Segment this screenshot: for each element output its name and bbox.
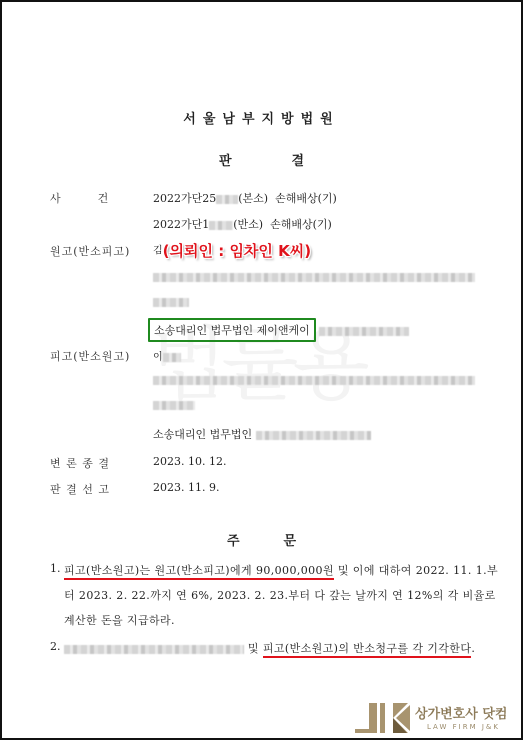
order-1-line-2: 터 2023. 2. 22.까지 연 6%, 2023. 2. 23.부터 다 … xyxy=(64,587,496,603)
redacted-counsel xyxy=(319,327,409,336)
judgment-date: 2023. 11. 9. xyxy=(153,481,219,494)
logo-j-mark-icon xyxy=(355,703,378,733)
redacted-counsel xyxy=(256,431,371,440)
redacted-address xyxy=(153,298,189,307)
defendant-address xyxy=(0,373,523,391)
plaintiff-name: 김 xyxy=(153,246,163,257)
order-2-end: . xyxy=(471,642,475,655)
client-annotation: (의뢰인 : 임차인 K씨) xyxy=(163,242,311,260)
plaintiff-label: 원고(반소피고) xyxy=(50,243,130,259)
plaintiff-counsel: 소송대리인 법무법인 제이앤케이 xyxy=(154,324,310,337)
order-number: 1. xyxy=(50,562,61,575)
order-2-highlight: 피고(반소원고)의 반소청구를 각 기각한다 xyxy=(263,642,472,658)
case-row-1: 사 건 2022가단25(본소) 손해배상(기) xyxy=(0,190,523,208)
closing-argument-row: 변 론 종 결 2023. 10. 12. xyxy=(0,455,523,473)
order-number: 2. xyxy=(50,640,61,653)
redacted-block xyxy=(216,195,238,204)
plaintiff-row: 원고(반소피고) 김(의뢰인 : 임차인 K씨) xyxy=(0,240,523,262)
closing-argument-label: 변 론 종 결 xyxy=(50,455,110,471)
law-firm-logo: 상가변호사 닷컴 LAW FIRM J&K xyxy=(355,703,515,735)
redacted-address xyxy=(153,273,475,282)
document-title: 판결 xyxy=(0,150,523,169)
redacted-address xyxy=(153,401,195,410)
defendant-address-2 xyxy=(0,398,523,416)
defendant-label: 피고(반소원고) xyxy=(50,348,130,364)
plaintiff-counsel-row: 소송대리인 법무법인 제이앤케이 xyxy=(0,318,523,342)
redacted-block xyxy=(163,353,181,362)
case-number-counter: 2022가단1 xyxy=(153,218,209,231)
order-item-1: 1. 피고(반소원고)는 원고(반소피고)에게 90,000,000원 및 이에… xyxy=(50,562,480,632)
plaintiff-address xyxy=(0,270,523,288)
main-order-title: 주문 xyxy=(0,530,523,549)
court-name: 서울남부지방법원 xyxy=(0,108,523,127)
redacted-text xyxy=(64,645,244,654)
judgment-date-row: 판 결 선 고 2023. 11. 9. xyxy=(0,481,523,499)
redacted-block xyxy=(209,221,233,230)
plaintiff-address-2 xyxy=(0,295,523,313)
order-1-highlight: 피고(반소원고)는 원고(반소피고)에게 90,000,000원 xyxy=(64,564,334,580)
defendant-counsel-row: 소송대리인 법무법인 xyxy=(0,426,523,444)
order-2-text: 및 xyxy=(244,642,263,655)
judgment-date-label: 판 결 선 고 xyxy=(50,481,110,497)
title-char: 문 xyxy=(284,530,297,549)
defendant-counsel: 소송대리인 법무법인 xyxy=(153,428,252,441)
closing-argument-date: 2023. 10. 12. xyxy=(153,455,226,468)
order-1-line-3: 계산한 돈을 지급하라. xyxy=(64,612,175,628)
title-char: 주 xyxy=(227,530,240,549)
defendant-row: 피고(반소원고) 이 xyxy=(0,348,523,366)
case-type-counter: (반소) 손해배상(기) xyxy=(233,218,332,231)
redacted-address xyxy=(153,376,475,385)
case-type-main: (본소) 손해배상(기) xyxy=(238,192,337,205)
case-label: 사 건 xyxy=(50,190,109,206)
case-number-main: 2022가단25 xyxy=(153,192,216,205)
defendant-name: 이 xyxy=(153,352,163,363)
logo-k-mark-icon xyxy=(380,703,410,733)
plaintiff-counsel-box: 소송대리인 법무법인 제이앤케이 xyxy=(148,318,316,342)
brand-name-english: LAW FIRM J&K xyxy=(427,723,500,731)
order-1-text: 및 이에 대하여 2022. 11. 1.부 xyxy=(334,564,498,577)
order-item-2: 2. 및 피고(반소원고)의 반소청구를 각 기각한다. xyxy=(50,640,480,660)
title-char: 판 xyxy=(219,150,232,169)
title-char: 결 xyxy=(292,150,305,169)
case-row-2: 2022가단1(반소) 손해배상(기) xyxy=(0,216,523,234)
brand-name-korean: 상가변호사 닷컴 xyxy=(415,703,507,722)
